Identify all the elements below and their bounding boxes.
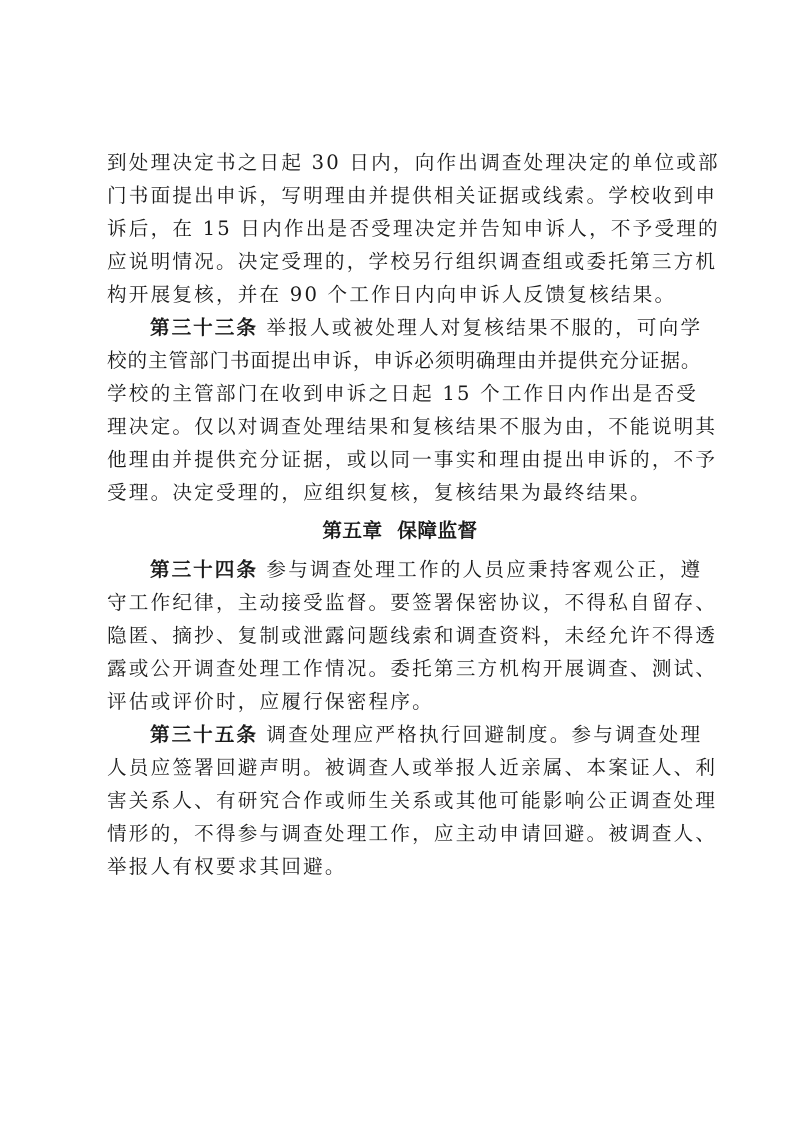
article-first-line: 第三十四条 参与调查处理工作的人员应秉持客观公正，遵: [107, 553, 693, 586]
article-text: 举报人或被处理人对复核结果不服的，可向学: [258, 316, 702, 339]
text-line: 理决定。仅以对调查处理结果和复核结果不服为由，不能说明其: [107, 410, 693, 443]
text-line: 害关系人、有研究合作或师生关系或其他可能影响公正调查处理: [107, 784, 693, 817]
text-line: 守工作纪律，主动接受监督。要签署保密协议，不得私自留存、: [107, 586, 693, 619]
article-35: 第三十五条 调查处理应严格执行回避制度。参与调查处理 人员应签署回避声明。被调查…: [107, 718, 693, 883]
text-line: 露或公开调查处理工作情况。委托第三方机构开展调查、测试、: [107, 652, 693, 685]
article-first-line: 第三十三条 举报人或被处理人对复核结果不服的，可向学: [107, 311, 693, 344]
article-33: 第三十三条 举报人或被处理人对复核结果不服的，可向学 校的主管部门书面提出申诉，…: [107, 311, 693, 509]
text-line: 学校的主管部门在收到申诉之日起 15 个工作日内作出是否受: [107, 377, 693, 410]
article-label: 第三十五条: [150, 723, 258, 746]
chapter-heading: 第五章 保障监督: [107, 514, 693, 547]
text-line: 诉后，在 15 日内作出是否受理决定并告知申诉人，不予受理的: [107, 212, 693, 245]
article-first-line: 第三十五条 调查处理应严格执行回避制度。参与调查处理: [107, 718, 693, 751]
document-page: 到处理决定书之日起 30 日内，向作出调查处理决定的单位或部 门书面提出申诉，写…: [107, 146, 693, 883]
text-line: 情形的，不得参与调查处理工作，应主动申请回避。被调查人、: [107, 817, 693, 850]
text-line: 隐匿、摘抄、复制或泄露问题线索和调查资料，未经允许不得透: [107, 619, 693, 652]
text-line: 人员应签署回避声明。被调查人或举报人近亲属、本案证人、利: [107, 751, 693, 784]
text-line: 举报人有权要求其回避。: [107, 850, 693, 883]
article-text: 调查处理应严格执行回避制度。参与调查处理: [258, 723, 702, 746]
text-line: 门书面提出申诉，写明理由并提供相关证据或线索。学校收到申: [107, 179, 693, 212]
paragraph-continued: 到处理决定书之日起 30 日内，向作出调查处理决定的单位或部 门书面提出申诉，写…: [107, 146, 693, 311]
text-line: 校的主管部门书面提出申诉，申诉必须明确理由并提供充分证据。: [107, 344, 693, 377]
article-text: 参与调查处理工作的人员应秉持客观公正，遵: [258, 558, 702, 581]
article-34: 第三十四条 参与调查处理工作的人员应秉持客观公正，遵 守工作纪律，主动接受监督。…: [107, 553, 693, 718]
text-line: 他理由并提供充分证据，或以同一事实和理由提出申诉的，不予: [107, 443, 693, 476]
article-label: 第三十四条: [150, 558, 258, 581]
article-label: 第三十三条: [150, 316, 258, 339]
text-line: 应说明情况。决定受理的，学校另行组织调查组或委托第三方机: [107, 245, 693, 278]
text-line: 受理。决定受理的，应组织复核，复核结果为最终结果。: [107, 476, 693, 509]
text-line: 构开展复核，并在 90 个工作日内向申诉人反馈复核结果。: [107, 278, 693, 311]
text-line: 到处理决定书之日起 30 日内，向作出调查处理决定的单位或部: [107, 146, 693, 179]
text-line: 评估或评价时，应履行保密程序。: [107, 685, 693, 718]
